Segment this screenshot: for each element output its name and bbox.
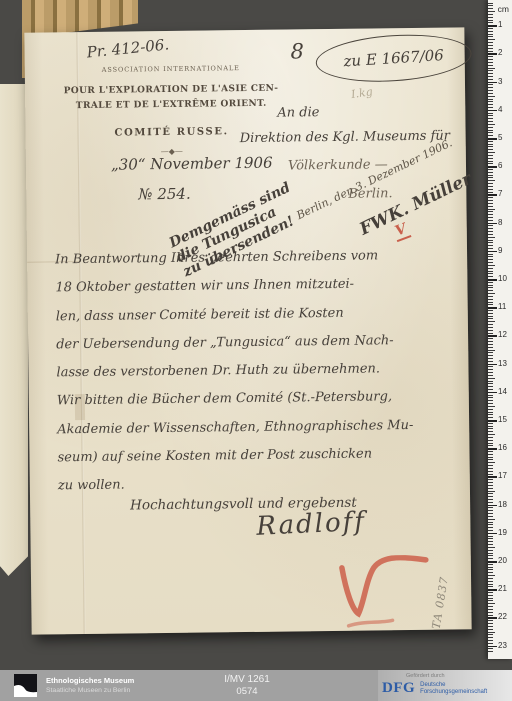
recipient-line-3: Völkerkunde — (288, 157, 388, 173)
underlying-page-edge (0, 84, 28, 576)
museum-logo-icon (14, 674, 37, 697)
shelfmark: I/MV 1261 0574 (168, 674, 326, 697)
letterhead-line3: TRALE ET DE L'EXTRÊME ORIENT. (55, 99, 287, 112)
signature-radloff: Radloff (256, 507, 367, 542)
funding-credit: Gefördert durch DFG Deutsche Forschungsg… (382, 673, 504, 697)
recipient-line-1: An die (277, 105, 319, 121)
archive-folder-edge-bottom (14, 634, 82, 670)
museum-identity: Ethnologisches Museum Staatliche Museen … (46, 676, 134, 696)
dfg-name-line-2: Forschungsgemeinschaft (420, 689, 487, 696)
funding-label: Gefördert durch (406, 673, 504, 679)
letter-date: „30“ November 1906 (111, 154, 273, 174)
pencil-note: I.kg (350, 85, 373, 101)
scan-viewer: Pr. 412-06. 8 zu E 1667/06 I.kg ASSOCIAT… (0, 0, 512, 701)
recipient-line-2: Direktion des Kgl. Museums für (240, 129, 450, 147)
letter-number: № 254. (138, 185, 191, 204)
museum-name: Ethnologisches Museum (46, 676, 134, 686)
file-reference-circle: zu E 1667/06 (314, 30, 473, 86)
folio-number: 8 (290, 39, 304, 63)
shelfmark-line-1: I/MV 1261 (168, 674, 326, 685)
shelfmark-line-2: 0574 (168, 686, 326, 697)
red-check-small: V (391, 220, 411, 242)
letterhead-association: ASSOCIATION INTERNATIONALE (55, 64, 287, 75)
dfg-name: Deutsche Forschungsgemeinschaft (420, 682, 487, 695)
museum-organization: Staatliche Museen zu Berlin (46, 686, 134, 696)
body-line: Akademie der Wissenschaften, Ethnographi… (57, 411, 461, 444)
marginal-note-place-date: Berlin, den 3. Dezember 1906. (295, 136, 455, 222)
footer-bar: Ethnologisches Museum Staatliche Museen … (0, 670, 512, 701)
letter-body: In Beantwortung Ihres geehrten Schreiben… (55, 241, 462, 501)
letterhead-line2: POUR L'EXPLORATION DE L'ASIE CEN- (55, 84, 287, 97)
cm-ruler: cm 1234567891011121314151617181920212223 (488, 0, 512, 659)
registry-number: Pr. 412-06. (86, 35, 170, 61)
red-check-mark (334, 555, 435, 634)
file-reference: zu E 1667/06 (343, 46, 444, 70)
dfg-logo: DFG (382, 680, 415, 697)
ruler-unit-label: cm (498, 4, 509, 14)
letter-page: Pr. 412-06. 8 zu E 1667/06 I.kg ASSOCIAT… (24, 27, 471, 634)
